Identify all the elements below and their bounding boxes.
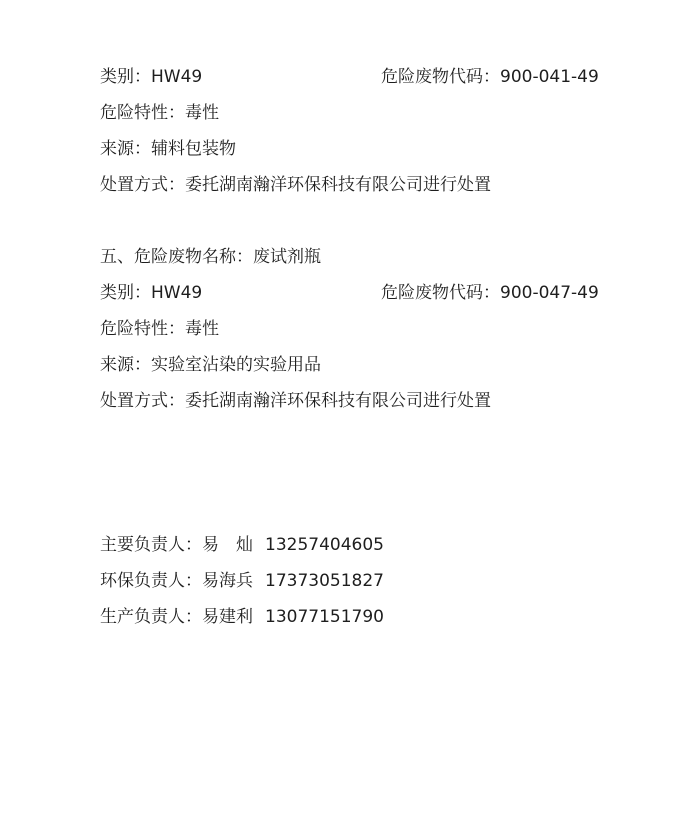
- contact-phone: 13257404605: [265, 535, 384, 555]
- s5-hazard: 危险特性：毒性: [100, 317, 219, 341]
- contact-env: 环保负责人：易海兵17373051827: [100, 569, 384, 593]
- s4-hazard: 危险特性：毒性: [100, 101, 219, 125]
- s5-category-row: 类别：HW49 危险废物代码：900-047-49: [100, 281, 202, 305]
- contact-name: 易建利: [202, 605, 265, 629]
- s5-disposal: 处置方式：委托湖南瀚洋环保科技有限公司进行处置: [100, 389, 491, 413]
- s4-waste-code: 危险废物代码：900-041-49: [381, 65, 599, 89]
- contact-role: 环保负责人：: [100, 571, 202, 591]
- s4-category: 类别：HW49: [100, 67, 202, 87]
- s5-source: 来源：实验室沾染的实验用品: [100, 353, 321, 377]
- contact-role: 生产负责人：: [100, 607, 202, 627]
- contact-phone: 13077151790: [265, 607, 384, 627]
- contact-name: 易 灿: [202, 533, 265, 557]
- contact-production: 生产负责人：易建利13077151790: [100, 605, 384, 629]
- s5-category: 类别：HW49: [100, 283, 202, 303]
- s5-title: 五、危险废物名称：废试剂瓶: [100, 245, 321, 269]
- s4-category-row: 类别：HW49 危险废物代码：900-041-49: [100, 65, 202, 89]
- contact-main: 主要负责人：易 灿13257404605: [100, 533, 384, 557]
- contact-name: 易海兵: [202, 569, 265, 593]
- s5-waste-code: 危险废物代码：900-047-49: [381, 281, 599, 305]
- contact-role: 主要负责人：: [100, 535, 202, 555]
- s4-source: 来源：辅料包装物: [100, 137, 236, 161]
- contact-phone: 17373051827: [265, 571, 384, 591]
- s4-disposal: 处置方式：委托湖南瀚洋环保科技有限公司进行处置: [100, 173, 491, 197]
